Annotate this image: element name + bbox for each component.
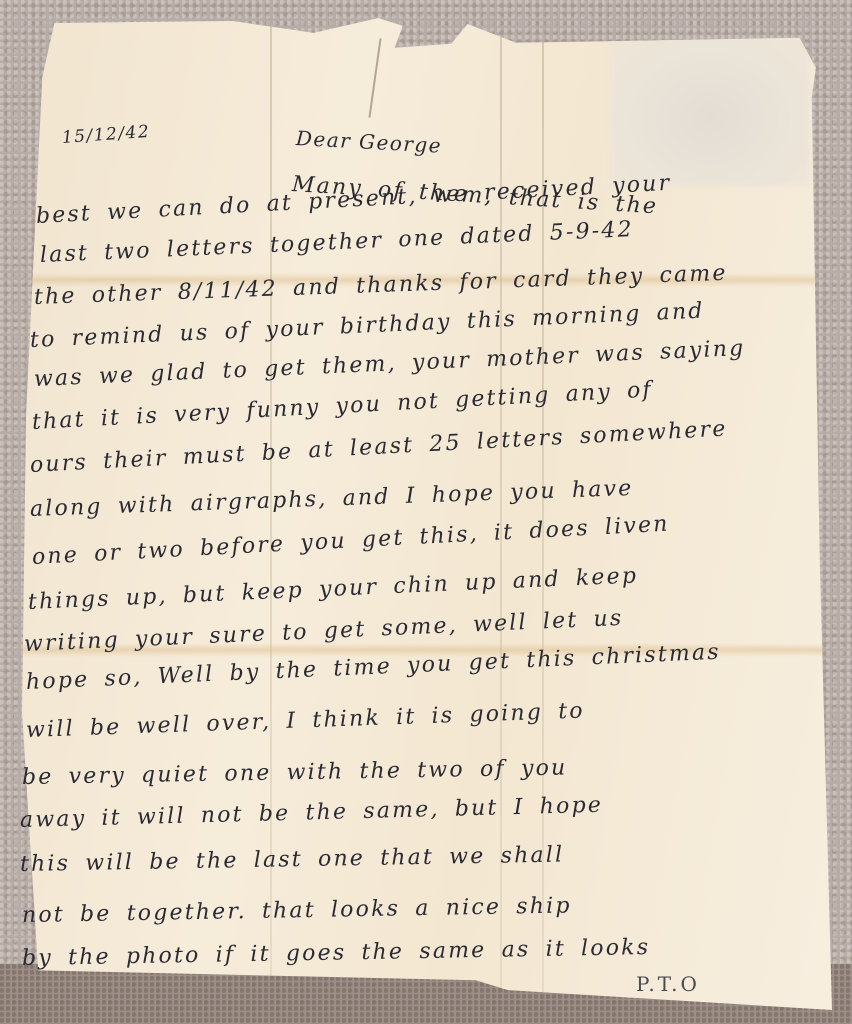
redacted-address-block (610, 36, 810, 186)
paper-tear (368, 38, 381, 117)
letter-footer-pto: P.T.O (636, 972, 700, 996)
